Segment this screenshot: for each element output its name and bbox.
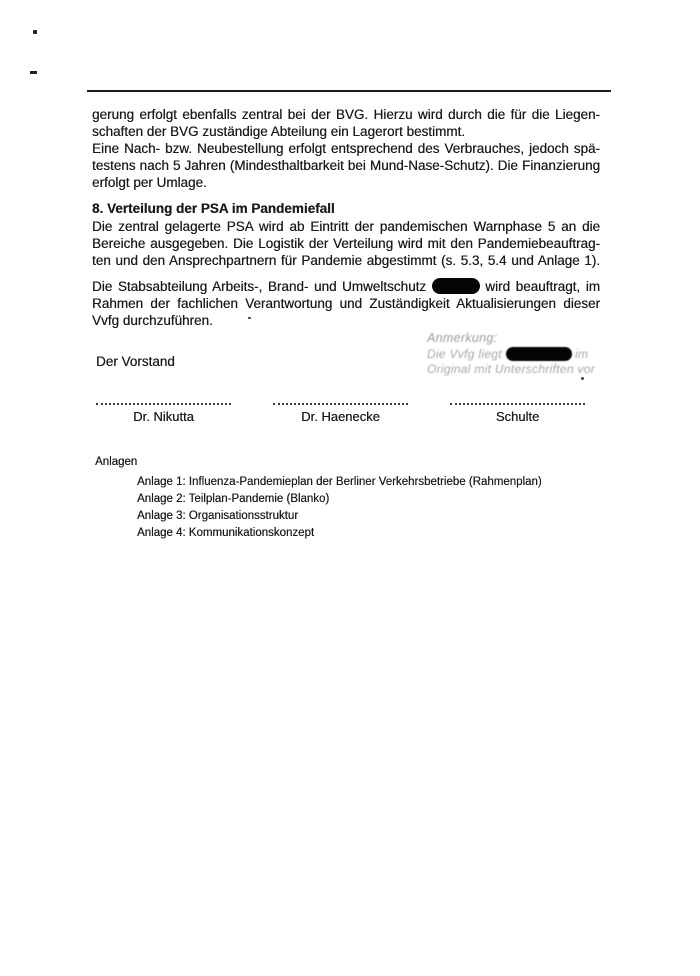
attachments-heading: Anlagen — [95, 456, 137, 468]
scan-artifact-dash — [30, 71, 37, 74]
scan-artifact-dot — [581, 377, 584, 380]
text-segment: Die Stabsabteilung Arbeits-, Brand- und … — [92, 279, 426, 294]
mandate-paragraph: Die Stabsabteilung Arbeits-, Brand- und … — [92, 278, 600, 329]
signature-line — [96, 398, 231, 405]
signature-row: Dr. Nikutta Dr. Haenecke Schulte — [96, 398, 585, 424]
attachment-item: Anlage 3: Organisationsstruktur — [137, 508, 542, 525]
redaction-box — [506, 347, 572, 361]
attachment-item: Anlage 2: Teilplan-Pandemie (Blanko) — [137, 491, 542, 508]
text-line: Die Stabsabteilung Arbeits-, Brand- und … — [92, 278, 600, 295]
section8-paragraph: Die zentral gelagerte PSA wird ab Eintri… — [92, 218, 600, 269]
text-segment: wird beauftragt, im — [485, 279, 600, 294]
annotation-label: Anmerkung: — [427, 331, 627, 347]
text-line: Eine Nach- bzw. Neubestellung erfolgt en… — [92, 140, 600, 157]
document-page: gerung erfolgt ebenfalls zentral bei der… — [0, 0, 700, 976]
signature-name: Dr. Haenecke — [273, 409, 408, 424]
text-line: testens nach 5 Jahren (Mindesthaltbarkei… — [92, 157, 600, 174]
text-segment: Die Vvfg liegt — [427, 347, 502, 361]
text-line: schaften der BVG zuständige Abteilung ei… — [92, 123, 600, 140]
section-heading: 8. Verteilung der PSA im Pandemiefall — [92, 200, 600, 217]
text-line: Die zentral gelagerte PSA wird ab Eintri… — [92, 218, 600, 235]
text-line: Bereiche ausgegeben. Die Logistik der Ve… — [92, 235, 600, 252]
signature-line — [450, 398, 585, 405]
signature-block: Dr. Haenecke — [273, 398, 408, 424]
scan-artifact-dot — [33, 30, 37, 34]
text-segment: im — [575, 347, 588, 361]
text-line: Vvfg durchzuführen. — [92, 312, 600, 329]
intro-paragraph: gerung erfolgt ebenfalls zentral bei der… — [92, 106, 600, 191]
scan-artifact-speck — [248, 317, 251, 319]
text-line: ten und den Ansprechpartnern für Pandemi… — [92, 252, 600, 269]
margin-annotation: Anmerkung: Die Vvfg liegt im Original mi… — [427, 331, 627, 378]
header-rule — [87, 90, 611, 92]
signature-name: Schulte — [450, 409, 585, 424]
attachments-list: Anlage 1: Influenza-Pandemieplan der Ber… — [137, 474, 542, 542]
annotation-line: Original mit Unterschriften vor — [427, 362, 627, 378]
attachment-item: Anlage 1: Influenza-Pandemieplan der Ber… — [137, 474, 542, 491]
signature-block: Dr. Nikutta — [96, 398, 231, 424]
signature-block: Schulte — [450, 398, 585, 424]
annotation-line: Die Vvfg liegt im — [427, 347, 627, 363]
attachment-item: Anlage 4: Kommunikationskonzept — [137, 525, 542, 542]
signatory-title: Der Vorstand — [96, 353, 175, 370]
redaction-box — [432, 278, 480, 294]
signature-line — [273, 398, 408, 405]
text-line: Rahmen der fachlichen Verantwortung und … — [92, 295, 600, 312]
text-line: gerung erfolgt ebenfalls zentral bei der… — [92, 106, 600, 123]
text-line: erfolgt per Umlage. — [92, 174, 600, 191]
signature-name: Dr. Nikutta — [96, 409, 231, 424]
